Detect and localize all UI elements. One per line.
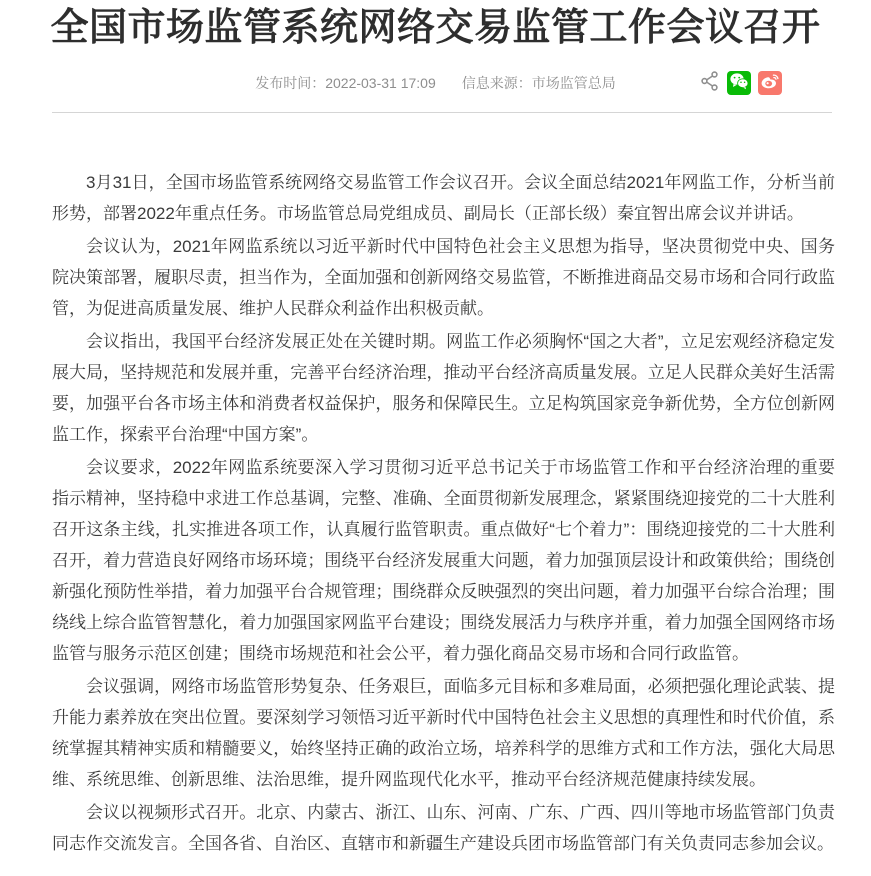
wechat-share-button[interactable] bbox=[727, 71, 751, 95]
source-value: 市场监管总局 bbox=[532, 75, 616, 91]
share-bar bbox=[700, 71, 782, 95]
article-paragraph: 会议指出，我国平台经济发展正处在关键时期。网监工作必须胸怀“国之大者”，立足宏观… bbox=[52, 326, 835, 450]
weibo-icon bbox=[760, 72, 780, 93]
article-paragraph: 会议强调，网络市场监管形势复杂、任务艰巨，面临多元目标和多难局面，必须把强化理论… bbox=[52, 671, 835, 795]
publish-time-label: 发布时间： bbox=[255, 75, 325, 91]
article-paragraph: 会议要求，2022年网监系统要深入学习贯彻习近平总书记关于市场监管工作和平台经济… bbox=[52, 452, 835, 669]
weibo-share-button[interactable] bbox=[758, 71, 782, 95]
source-label: 信息来源： bbox=[462, 75, 532, 91]
share-nodes-icon bbox=[701, 71, 719, 94]
header-divider bbox=[52, 112, 832, 113]
article-paragraph: 3月31日，全国市场监管系统网络交易监管工作会议召开。会议全面总结2021年网监… bbox=[52, 167, 835, 229]
article-paragraph: 会议以视频形式召开。北京、内蒙古、浙江、山东、河南、广东、广西、四川等地市场监管… bbox=[52, 797, 835, 859]
publish-time-value: 2022-03-31 17:09 bbox=[325, 75, 436, 91]
wechat-icon bbox=[729, 72, 749, 93]
article-page: 全国市场监管系统网络交易监管工作会议召开 发布时间：2022-03-31 17:… bbox=[0, 6, 871, 876]
page-title: 全国市场监管系统网络交易监管工作会议召开 bbox=[0, 6, 871, 51]
share-button[interactable] bbox=[700, 71, 720, 95]
meta-row: 发布时间：2022-03-31 17:09信息来源：市场监管总局 bbox=[0, 69, 871, 97]
article-body: 3月31日，全国市场监管系统网络交易监管工作会议召开。会议全面总结2021年网监… bbox=[52, 167, 835, 859]
article-paragraph: 会议认为，2021年网监系统以习近平新时代中国特色社会主义思想为指导，坚决贯彻党… bbox=[52, 231, 835, 324]
